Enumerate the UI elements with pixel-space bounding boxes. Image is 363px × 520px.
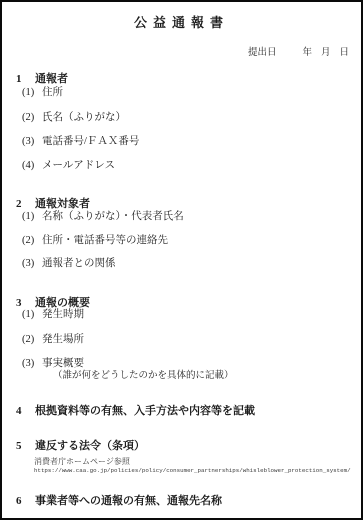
item-label: 氏名（ふりがな） — [42, 112, 126, 123]
date-day-label: 日 — [339, 48, 349, 58]
item-number: (2) — [22, 235, 42, 248]
submission-date-label: 提出日 — [248, 48, 277, 58]
section-6-number: 6 — [16, 495, 35, 508]
item-label: 通報者との関係 — [42, 258, 116, 269]
date-year-label: 年 — [302, 48, 312, 58]
document-title: 公益通報書 — [2, 15, 361, 32]
item-number: (1) — [22, 211, 42, 224]
section-4-number: 4 — [16, 405, 35, 418]
item-number: (4) — [22, 160, 42, 173]
item-number: (3) — [22, 136, 42, 149]
section-2-heading-report-target: 2通報対象者 — [16, 198, 90, 211]
section-1-item-email: (4)メールアドレス — [22, 160, 115, 173]
section-1-item-phone-fax: (3)電話番号/ＦＡＸ番号 — [22, 136, 139, 149]
fact-summary-note: （誰が何をどうしたのかを具体的に記載） — [53, 371, 234, 382]
item-number: (2) — [22, 112, 42, 125]
caa-homepage-url: https://www.caa.go.jp/policies/policy/co… — [34, 468, 351, 475]
section-6-heading-prior-report: 6事業者等への通報の有無、通報先名称 — [16, 495, 222, 508]
section-5-number: 5 — [16, 440, 35, 453]
section-5-title: 違反する法令（条項） — [35, 440, 145, 452]
item-label: 名称（ふりがな）・代表者氏名 — [42, 211, 184, 222]
section-2-number: 2 — [16, 198, 35, 211]
date-month-label: 月 — [321, 48, 331, 58]
section-3-item-fact-summary: (3)事実概要 — [22, 358, 84, 371]
caa-homepage-reference-note: 消費者庁ホームページ参照 — [34, 457, 130, 467]
item-label: 住所・電話番号等の連絡先 — [42, 235, 168, 246]
section-1-item-address: (1)住所 — [22, 87, 63, 100]
section-1-title: 通報者 — [35, 73, 68, 85]
section-2-item-target-contact: (2)住所・電話番号等の連絡先 — [22, 235, 168, 248]
section-4-title: 根拠資料等の有無、入手方法や内容等を記載 — [35, 405, 255, 417]
submission-date-line: 提出日年月日 — [248, 48, 349, 59]
section-2-item-target-name-representative: (1)名称（ふりがな）・代表者氏名 — [22, 211, 184, 224]
section-3-item-occurrence-place: (2)発生場所 — [22, 334, 84, 347]
item-label: 事実概要 — [42, 358, 84, 369]
item-number: (3) — [22, 358, 42, 371]
section-2-title: 通報対象者 — [35, 198, 90, 210]
item-label: 住所 — [42, 87, 63, 98]
item-number: (3) — [22, 258, 42, 271]
section-3-item-occurrence-time: (1)発生時期 — [22, 309, 84, 322]
section-1-item-name-furigana: (2)氏名（ふりがな） — [22, 112, 126, 125]
item-label: 電話番号/ＦＡＸ番号 — [42, 136, 139, 147]
section-3-title: 通報の概要 — [35, 297, 90, 309]
section-1-heading-reporter: 1通報者 — [16, 73, 68, 86]
item-label: メールアドレス — [42, 160, 115, 171]
item-label: 発生場所 — [42, 334, 84, 345]
section-6-title: 事業者等への通報の有無、通報先名称 — [35, 495, 222, 507]
section-4-heading-evidence: 4根拠資料等の有無、入手方法や内容等を記載 — [16, 405, 255, 418]
whistleblower-report-page: 公益通報書 提出日年月日 1通報者 (1)住所 (2)氏名（ふりがな） (3)電… — [0, 0, 363, 520]
item-number: (1) — [22, 87, 42, 100]
section-1-number: 1 — [16, 73, 35, 86]
item-number: (2) — [22, 334, 42, 347]
item-label: 発生時期 — [42, 309, 84, 320]
section-5-heading-violated-laws: 5違反する法令（条項） — [16, 440, 145, 453]
section-2-item-relationship: (3)通報者との関係 — [22, 258, 116, 271]
item-number: (1) — [22, 309, 42, 322]
